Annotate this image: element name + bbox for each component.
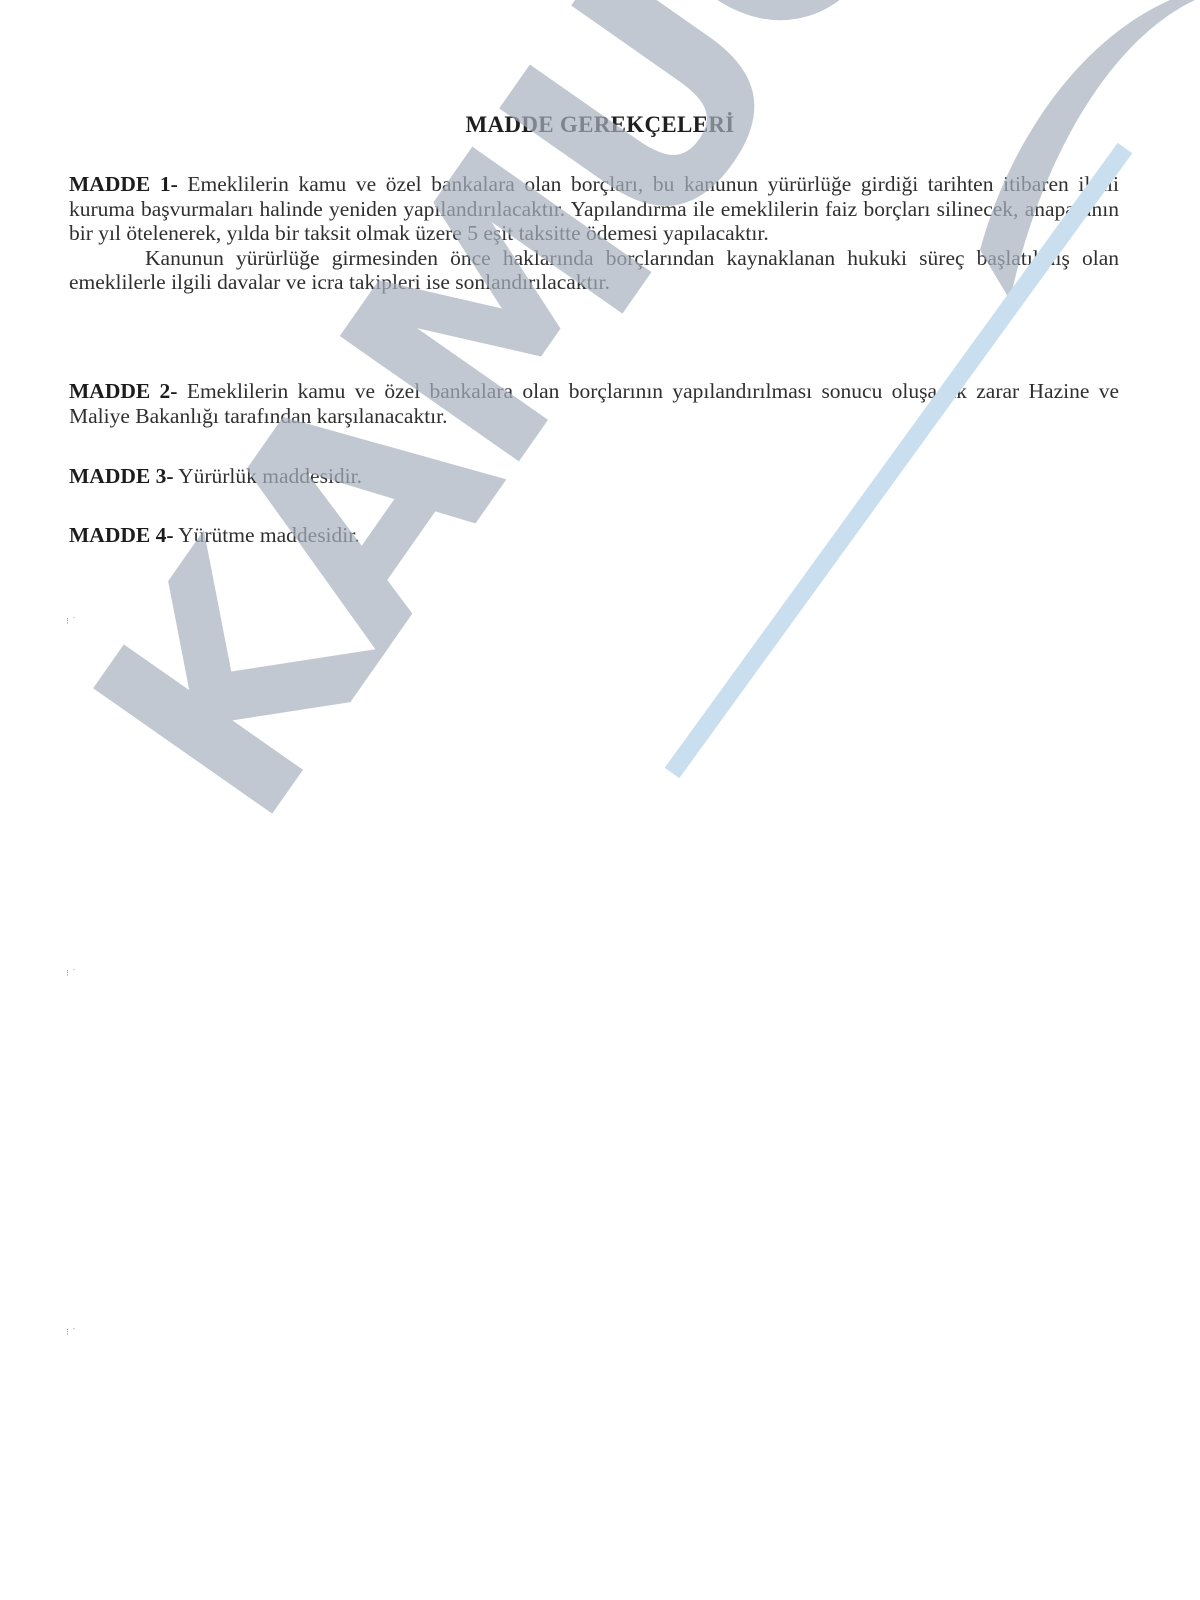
article-4: MADDE 4- Yürütme maddesidir. — [69, 523, 1119, 548]
article-2-paragraph-1: MADDE 2- Emeklilerin kamu ve özel bankal… — [69, 379, 1119, 428]
article-1: MADDE 1- Emeklilerin kamu ve özel bankal… — [69, 172, 1119, 295]
scan-margin-mark: ⁝ ˙ — [66, 1328, 76, 1338]
article-2-label: MADDE 2- — [69, 379, 177, 403]
article-1-text-2: Kanunun yürürlüğe girmesinden önce hakla… — [69, 246, 1119, 295]
article-4-label: MADDE 4- — [69, 523, 174, 547]
document-page: MADDE GEREKÇELERİ MADDE 1- Emeklilerin k… — [0, 0, 1200, 1600]
article-1-paragraph-2: Kanunun yürürlüğe girmesinden önce hakla… — [69, 246, 1119, 295]
article-1-paragraph-1: MADDE 1- Emeklilerin kamu ve özel bankal… — [69, 172, 1119, 246]
scan-margin-mark: ⁝ ˙ — [66, 969, 76, 979]
article-3-paragraph-1: MADDE 3- Yürürlük maddesidir. — [69, 464, 1119, 489]
article-4-text-1: Yürütme maddesidir. — [178, 523, 360, 547]
scan-margin-mark: ⁝ ˙ — [66, 617, 76, 627]
article-4-paragraph-1: MADDE 4- Yürütme maddesidir. — [69, 523, 1119, 548]
article-2: MADDE 2- Emeklilerin kamu ve özel bankal… — [69, 379, 1119, 428]
article-3-text-1: Yürürlük maddesidir. — [178, 464, 362, 488]
article-2-text-1: Emeklilerin kamu ve özel bankalara olan … — [69, 379, 1119, 428]
article-1-text-1: Emeklilerin kamu ve özel bankalara olan … — [69, 172, 1119, 245]
document-title: MADDE GEREKÇELERİ — [0, 112, 1200, 138]
article-1-label: MADDE 1- — [69, 172, 178, 196]
article-3-label: MADDE 3- — [69, 464, 174, 488]
article-3: MADDE 3- Yürürlük maddesidir. — [69, 464, 1119, 489]
